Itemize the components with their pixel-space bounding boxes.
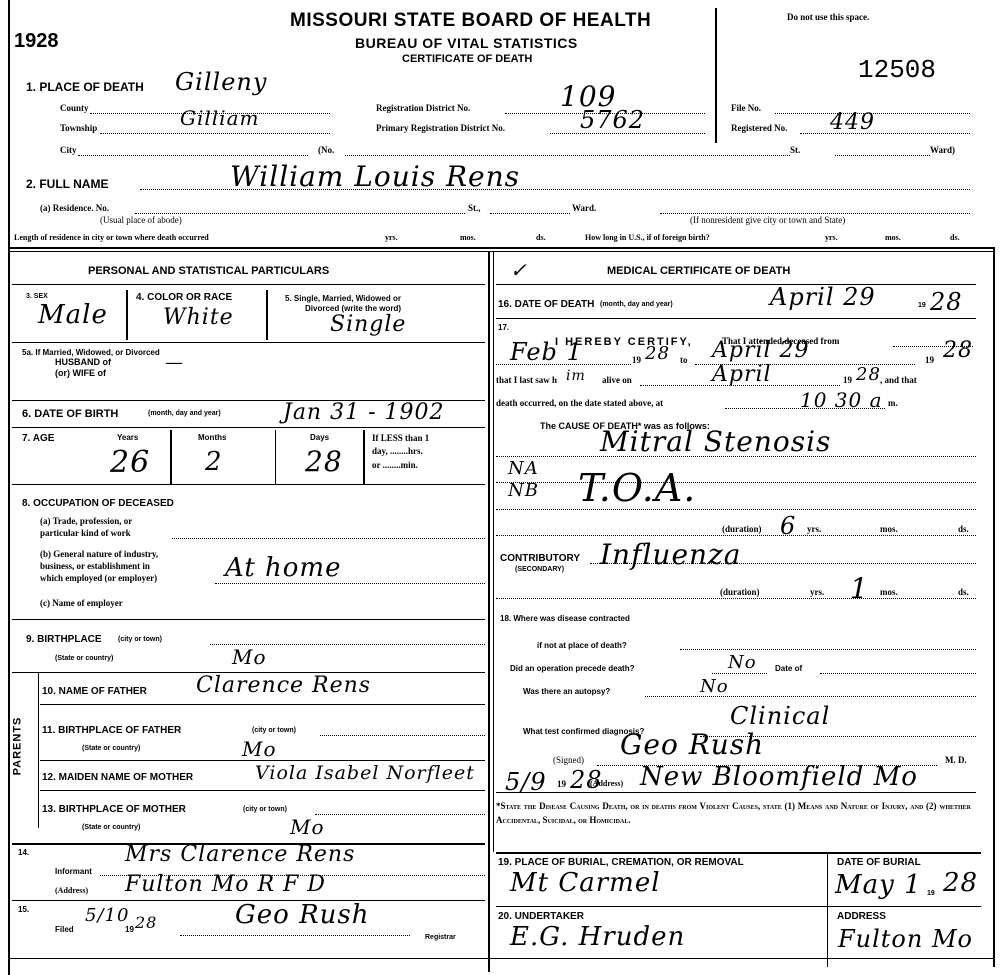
physician-signature[interactable]: Geo Rush xyxy=(620,728,764,761)
right-border xyxy=(993,247,995,967)
birthplace-state-label: (State or country) xyxy=(55,655,113,662)
filed-year-prefix: 19 xyxy=(125,925,134,934)
mother-bp-line xyxy=(315,814,485,815)
from-year-prefix: 19 xyxy=(632,355,641,365)
nonresident-note: (If nonresident give city or town and St… xyxy=(690,215,845,225)
m-label: m. xyxy=(888,398,898,408)
row-line xyxy=(40,760,485,761)
duration-1-ds-label: ds. xyxy=(958,524,969,534)
marital-label: 5. Single, Married, Widowed or xyxy=(285,294,401,303)
informant-value[interactable]: Mrs Clarence Rens xyxy=(125,842,355,867)
st-label: St. xyxy=(790,145,800,155)
row-line xyxy=(12,619,485,620)
us-mos: mos. xyxy=(885,233,901,242)
mother-bp-label: 13. BIRTHPLACE OF MOTHER xyxy=(42,804,186,815)
row-line xyxy=(496,906,981,907)
operation-label: Did an operation precede death? xyxy=(510,664,634,673)
bottom-line xyxy=(8,958,993,959)
secondary-label: (SECONDARY) xyxy=(515,566,564,573)
signed-label: (Signed) xyxy=(553,755,584,765)
primary-reg-label: Primary Registration District No. xyxy=(376,123,505,133)
to-date-value[interactable]: April 29 xyxy=(712,338,810,363)
cell-divider xyxy=(275,430,276,485)
center-divider-inner xyxy=(493,252,494,852)
mother-bp-value[interactable]: Mo xyxy=(290,815,325,839)
burial-date-label: DATE OF BURIAL xyxy=(837,857,921,868)
row-line xyxy=(496,284,976,285)
less-min-label: or ........min. xyxy=(372,460,418,470)
test-value[interactable]: Clinical xyxy=(730,702,830,730)
registered-no-value[interactable]: 449 xyxy=(830,110,875,135)
physician-address-value[interactable]: New Bloomfield Mo xyxy=(640,762,918,792)
cause-2c-value[interactable]: T.O.A. xyxy=(578,466,696,510)
dob-label: 6. DATE OF BIRTH xyxy=(22,408,118,420)
us-ds: ds. xyxy=(950,233,960,242)
occ-a-label: (a) Trade, profession, or xyxy=(40,516,132,526)
stamp-number: 12508 xyxy=(858,55,936,85)
cause-line-3 xyxy=(496,509,976,510)
duration-1-yrs-label: yrs. xyxy=(807,524,821,534)
husband-label: HUSBAND of xyxy=(55,357,111,367)
burial-divider xyxy=(827,852,828,967)
occ-b-label-2: business, or establishment in xyxy=(40,561,150,571)
mother-label: 12. MAIDEN NAME OF MOTHER xyxy=(42,772,193,783)
ward-label: Ward) xyxy=(930,145,955,155)
primary-reg-value[interactable]: 5762 xyxy=(580,106,645,134)
burial-year-prefix: 19 xyxy=(927,890,935,897)
dod-sub-label: (month, day and year) xyxy=(600,301,673,308)
row-line xyxy=(496,792,976,793)
cause-footnote: *State the Disease Causing Death, or in … xyxy=(496,799,971,827)
duration-1-label: (duration) xyxy=(722,524,762,534)
birthplace-value[interactable]: Mo xyxy=(232,645,267,669)
registered-no-label: Registered No. xyxy=(731,123,787,133)
registrar-signature[interactable]: Geo Rush xyxy=(235,900,369,930)
undertaker-address-value[interactable]: Fulton Mo xyxy=(838,925,973,953)
father-bp-value[interactable]: Mo xyxy=(242,737,277,761)
birthplace-label: 9. BIRTHPLACE xyxy=(26,634,102,645)
burial-place-label: 19. PLACE OF BURIAL, CREMATION, OR REMOV… xyxy=(498,857,744,868)
occ-b-value[interactable]: At home xyxy=(225,553,341,583)
page-title: MISSOURI STATE BOARD OF HEALTH xyxy=(290,10,651,32)
county-label: County xyxy=(60,103,89,113)
duration-2-mos-label: mos. xyxy=(880,587,898,597)
months-label: Months xyxy=(198,433,226,442)
death-occurred-label: death occurred, on the date stated above… xyxy=(496,398,663,408)
duration-1-mos-label: mos. xyxy=(880,524,898,534)
father-bp-sub: (city or town) xyxy=(252,727,296,734)
place-of-death-label: 1. PLACE OF DEATH xyxy=(26,80,144,94)
marital-value[interactable]: Single xyxy=(330,312,406,337)
md-label: M. D. xyxy=(945,755,967,765)
to-year-prefix: 19 xyxy=(925,355,934,365)
dod-value[interactable]: April 29 xyxy=(770,283,876,311)
occ-b-line xyxy=(215,583,485,584)
spouse-label: 5a. If Married, Widowed, or Divorced xyxy=(22,348,160,357)
alive-date-value[interactable]: April xyxy=(712,362,772,387)
row-line xyxy=(12,484,485,485)
undertaker-address-label: ADDRESS xyxy=(837,911,886,922)
dob-sub-label: (month, day and year) xyxy=(148,410,221,417)
reg-district-label: Registration District No. xyxy=(376,103,470,113)
center-divider xyxy=(488,252,490,972)
city-line xyxy=(78,155,308,156)
dod-year-prefix: 19 xyxy=(918,302,926,309)
nonresident-line xyxy=(660,213,970,214)
where-contracted-label: 18. Where was disease contracted xyxy=(500,614,630,623)
sex-value[interactable]: Male xyxy=(38,300,108,330)
township-line xyxy=(100,133,330,134)
father-bp-state-label: (State or country) xyxy=(82,745,140,752)
length-residence-label: Length of residence in city or town wher… xyxy=(14,233,209,242)
cell-divider xyxy=(363,430,365,485)
from-date-value[interactable]: Feb 1 xyxy=(510,338,583,366)
sign-year-prefix: 19 xyxy=(557,779,566,789)
registrar-line xyxy=(180,935,410,936)
length-ds: ds. xyxy=(536,233,546,242)
birthplace-sub: (city or town) xyxy=(118,636,162,643)
alive-year-value[interactable]: 28 xyxy=(856,364,881,385)
township-value[interactable]: Gilliam xyxy=(180,106,259,130)
years-label: Years xyxy=(117,433,138,442)
death-time-value[interactable]: 10 30 a xyxy=(800,388,883,412)
autopsy-value[interactable]: No xyxy=(700,676,729,697)
cell-divider xyxy=(170,430,172,485)
cause-2b-value[interactable]: NB xyxy=(508,480,539,501)
cause-line-2 xyxy=(496,482,976,483)
from-year-value[interactable]: 28 xyxy=(645,343,670,364)
parents-side-label: PARENTS xyxy=(11,717,23,776)
row-line xyxy=(12,342,485,343)
from-line xyxy=(496,364,631,365)
informant-num: 14. xyxy=(18,848,29,857)
contributory-label: CONTRIBUTORY xyxy=(500,553,580,564)
operation-date-line xyxy=(820,673,976,674)
informant-label: Informant xyxy=(55,867,92,876)
row-line xyxy=(496,852,981,854)
less-day-label: day, ........hrs. xyxy=(372,446,423,456)
occ-a-line xyxy=(172,538,485,539)
spouse-value[interactable]: — xyxy=(165,352,184,373)
item-17-num: 17. xyxy=(498,323,509,332)
cell-divider xyxy=(266,290,268,340)
residence-ward-line xyxy=(490,213,570,214)
row-line xyxy=(496,318,976,319)
autopsy-label: Was there an autopsy? xyxy=(523,687,610,696)
duration-1-yrs-value[interactable]: 6 xyxy=(780,512,796,540)
row-line xyxy=(12,284,485,285)
duration-1-line xyxy=(496,535,976,536)
last-saw-pronoun[interactable]: im xyxy=(566,368,586,384)
occupation-label: 8. OCCUPATION OF DECEASED xyxy=(22,498,174,509)
dod-label: 16. DATE OF DEATH xyxy=(498,299,594,310)
how-long-us-label: How long in U.S., if of foreign birth? xyxy=(585,233,710,242)
row-line xyxy=(12,427,485,428)
occ-b-label-3: which employed (or employer) xyxy=(40,573,157,583)
if-not-label: if not at place of death? xyxy=(537,641,627,650)
mother-bp-sub: (city or town) xyxy=(243,806,287,813)
age-years-value[interactable]: 26 xyxy=(110,445,150,480)
ward-line xyxy=(835,155,930,156)
year-stamp: 1928 xyxy=(14,30,59,53)
if-not-line xyxy=(680,649,976,650)
usual-place-note: (Usual place of abode) xyxy=(100,215,182,225)
father-value[interactable]: Clarence Rens xyxy=(196,673,371,698)
duration-2-label: (duration) xyxy=(720,587,760,597)
residence-line xyxy=(135,213,465,214)
duration-2-line xyxy=(496,598,976,599)
row-line xyxy=(40,704,485,705)
wife-label: (or) WIFE of xyxy=(55,368,106,378)
days-label: Days xyxy=(310,433,329,442)
dob-value[interactable]: Jan 31 - 1902 xyxy=(283,400,445,425)
cell-divider xyxy=(126,290,128,340)
mother-value[interactable]: Viola Isabel Norfleet xyxy=(255,762,475,784)
father-bp-line xyxy=(320,735,485,736)
burial-year-value[interactable]: 28 xyxy=(943,868,978,898)
age-label: 7. AGE xyxy=(22,433,54,444)
residence-ward-label: Ward. xyxy=(572,203,596,213)
informant-address-value[interactable]: Fulton Mo R F D xyxy=(125,872,326,897)
us-yrs: yrs. xyxy=(825,233,838,242)
county-value[interactable]: Gilleny xyxy=(175,68,267,96)
father-label: 10. NAME OF FATHER xyxy=(42,686,147,697)
length-mos: mos. xyxy=(460,233,476,242)
cause-2a-value[interactable]: NA xyxy=(508,458,539,479)
certificate-type: CERTIFICATE OF DEATH xyxy=(402,53,532,65)
registered-no-line xyxy=(800,133,970,134)
and-that-label: , and that xyxy=(880,375,917,385)
section-divider xyxy=(8,247,993,249)
section-divider-2 xyxy=(8,251,993,252)
burial-place-value[interactable]: Mt Carmel xyxy=(510,868,661,898)
duration-2-mos-value[interactable]: 1 xyxy=(850,572,869,605)
personal-heading: PERSONAL AND STATISTICAL PARTICULARS xyxy=(88,265,329,277)
duration-2-ds-label: ds. xyxy=(958,587,969,597)
medical-heading: MEDICAL CERTIFICATE OF DEATH xyxy=(607,265,790,277)
residence-st-label: St., xyxy=(468,203,481,213)
operation-date-label: Date of xyxy=(775,664,802,673)
parents-divider xyxy=(38,672,39,828)
mother-bp-state-label: (State or country) xyxy=(82,824,140,831)
filed-label: Filed xyxy=(55,925,74,934)
page-subtitle: BUREAU OF VITAL STATISTICS xyxy=(355,35,578,51)
to-label: to xyxy=(680,355,688,365)
full-name-label: 2. FULL NAME xyxy=(26,177,108,191)
to-year-value[interactable]: 28 xyxy=(943,338,973,363)
do-not-use-note: Do not use this space. xyxy=(787,12,869,22)
sex-label: 3. SEX xyxy=(26,293,48,300)
operation-line xyxy=(712,673,767,674)
address-label: (Address) xyxy=(590,779,623,788)
less-label: If LESS than 1 xyxy=(372,433,429,443)
father-bp-label: 11. BIRTHPLACE OF FATHER xyxy=(42,725,181,736)
medical-check-mark: ✓ xyxy=(510,258,528,282)
filed-year-value[interactable]: 28 xyxy=(135,913,157,932)
cause-1-value[interactable]: Mitral Stenosis xyxy=(600,425,831,458)
alive-on-label: alive on xyxy=(602,375,632,385)
length-yrs: yrs. xyxy=(385,233,398,242)
race-label: 4. COLOR OR RACE xyxy=(136,292,232,303)
occ-b-label: (b) General nature of industry, xyxy=(40,549,158,559)
dod-year-value[interactable]: 28 xyxy=(930,288,963,316)
row-line xyxy=(40,790,485,791)
street-no-label: (No. xyxy=(318,145,334,155)
file-no-label: File No. xyxy=(731,103,761,113)
city-label: City xyxy=(60,145,77,155)
left-border xyxy=(8,0,10,975)
duration-2-yrs-label: yrs. xyxy=(810,587,824,597)
full-name-value[interactable]: William Louis Rens xyxy=(230,160,520,193)
occ-a-label-2: particular kind of work xyxy=(40,528,131,538)
operation-value[interactable]: No xyxy=(728,652,757,673)
street-line xyxy=(345,155,790,156)
race-value[interactable]: White xyxy=(163,305,234,330)
contributory-value[interactable]: Influenza xyxy=(600,538,742,571)
undertaker-label: 20. UNDERTAKER xyxy=(498,911,584,922)
filed-num: 15. xyxy=(18,905,29,914)
residence-label: (a) Residence. No. xyxy=(40,203,109,213)
informant-address-label: (Address) xyxy=(55,886,88,895)
age-months-value[interactable]: 2 xyxy=(205,447,223,477)
header-divider xyxy=(715,8,717,143)
registrar-label: Registrar xyxy=(425,934,456,941)
undertaker-value[interactable]: E.G. Hruden xyxy=(510,922,685,952)
autopsy-line xyxy=(645,696,976,697)
burial-date-value[interactable]: May 1 xyxy=(835,870,922,900)
township-label: Township xyxy=(60,123,97,133)
filed-date-value[interactable]: 5/10 xyxy=(85,905,129,926)
last-saw-label: that I last saw h xyxy=(496,375,557,385)
alive-year-prefix: 19 xyxy=(843,375,852,385)
occ-c-label: (c) Name of employer xyxy=(40,598,123,608)
age-days-value[interactable]: 28 xyxy=(305,445,343,478)
